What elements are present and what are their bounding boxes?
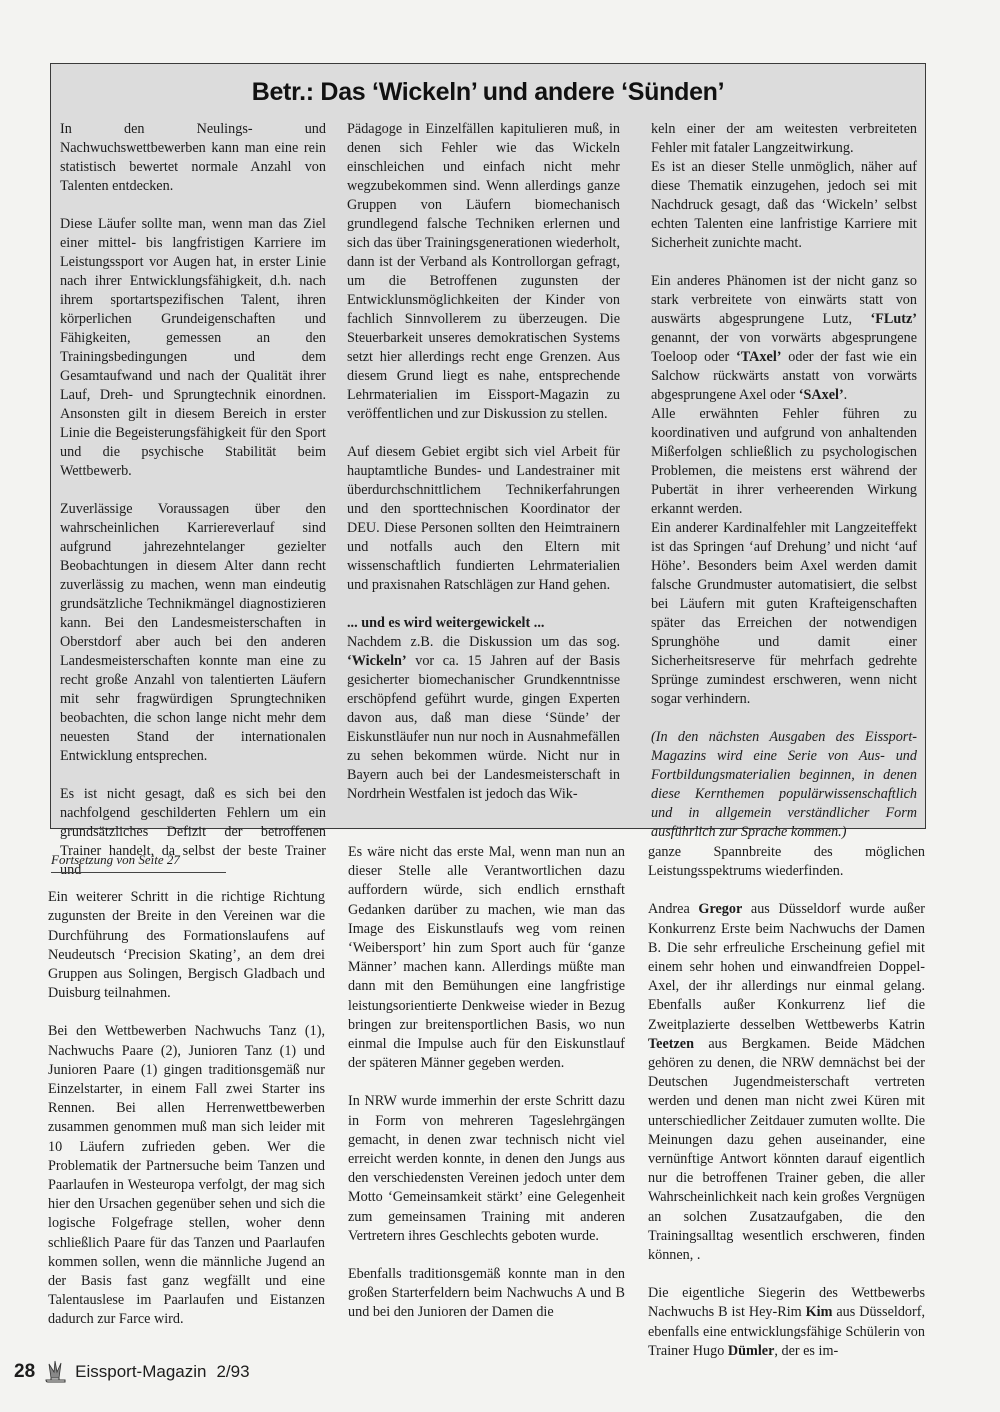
box-column-3: keln einer der am weitesten verbreiteten… bbox=[651, 120, 917, 842]
paragraph: Diese Läufer sollte man, wenn man das Zi… bbox=[60, 215, 326, 481]
sidebar-box: Betr.: Das ‘Wickeln’ und andere ‘Sünden’… bbox=[50, 63, 926, 829]
paragraph: Ebenfalls traditionsgemäß konnte man in … bbox=[348, 1265, 625, 1323]
paragraph: Ein weiterer Schritt in die richtige Ric… bbox=[48, 888, 325, 1003]
bold-term: ‘Wickeln’ bbox=[347, 653, 407, 669]
paragraph: Bei den Wettbewerben Nachwuchs Tanz (1),… bbox=[48, 1022, 325, 1329]
paragraph: Pädagoge in Einzelfällen kapitulieren mu… bbox=[347, 120, 620, 424]
paragraph: Zuverlässige Voraussagen über den wahrsc… bbox=[60, 500, 326, 766]
subheading: ... und es wird weitergewickelt ... bbox=[347, 614, 620, 633]
paragraph: Es wäre nicht das erste Mal, wenn man nu… bbox=[348, 843, 625, 1073]
person-name: Dümler bbox=[728, 1343, 775, 1359]
editor-note: (In den nächsten Ausgaben des Eissport-M… bbox=[651, 728, 917, 842]
paragraph: ... und es wird weitergewickelt ... Nach… bbox=[347, 614, 620, 804]
paragraph: Es ist an dieser Stelle unmöglich, näher… bbox=[651, 158, 917, 253]
page-footer: 28 Eissport-Magazin 2/93 bbox=[14, 1358, 250, 1386]
bold-term: ‘FLutz’ bbox=[871, 311, 918, 327]
issue-number: 2/93 bbox=[216, 1362, 249, 1382]
paragraph: Auf diesem Gebiet ergibt sich viel Arbei… bbox=[347, 443, 620, 595]
person-name: Kim bbox=[806, 1304, 833, 1320]
paragraph: Andrea Gregor aus Düsseldorf wurde außer… bbox=[648, 900, 925, 1265]
box-column-2: Pädagoge in Einzelfällen kapitulieren mu… bbox=[347, 120, 620, 804]
person-name: Gregor bbox=[698, 901, 742, 917]
paragraph: keln einer der am weitesten verbreiteten… bbox=[651, 120, 917, 158]
paragraph: ganze Spannbreite des möglichen Leistung… bbox=[648, 843, 925, 881]
bold-term: ‘TAxel’ bbox=[736, 349, 781, 365]
column-3: ganze Spannbreite des möglichen Leistung… bbox=[648, 843, 925, 1361]
column-2: Es wäre nicht das erste Mal, wenn man nu… bbox=[348, 843, 625, 1323]
skate-logo-icon bbox=[43, 1358, 69, 1386]
paragraph: In NRW wurde immerhin der erste Schritt … bbox=[348, 1092, 625, 1246]
box-title: Betr.: Das ‘Wickeln’ und andere ‘Sünden’ bbox=[51, 78, 925, 107]
paragraph: Die eigentliche Siegerin des Wettbewerbs… bbox=[648, 1284, 925, 1361]
magazine-name: Eissport-Magazin bbox=[75, 1362, 206, 1382]
person-name: Teetzen bbox=[648, 1036, 694, 1052]
paragraph: Ein anderer Kardinalfehler mit Langzeite… bbox=[651, 519, 917, 709]
bold-term: ‘SAxel’ bbox=[799, 387, 844, 403]
page-number: 28 bbox=[14, 1361, 35, 1383]
paragraph: Ein anderes Phänomen ist der nicht ganz … bbox=[651, 272, 917, 405]
paragraph: In den Neulings- und Nachwuchswettbewerb… bbox=[60, 120, 326, 196]
continuation-label: Fortsetzung von Seite 27 bbox=[51, 850, 226, 873]
box-column-1: In den Neulings- und Nachwuchswettbewerb… bbox=[60, 120, 326, 880]
paragraph: Alle erwähnten Fehler führen zu koordina… bbox=[651, 405, 917, 519]
column-1: Fortsetzung von Seite 27 Ein weiterer Sc… bbox=[48, 850, 325, 1330]
